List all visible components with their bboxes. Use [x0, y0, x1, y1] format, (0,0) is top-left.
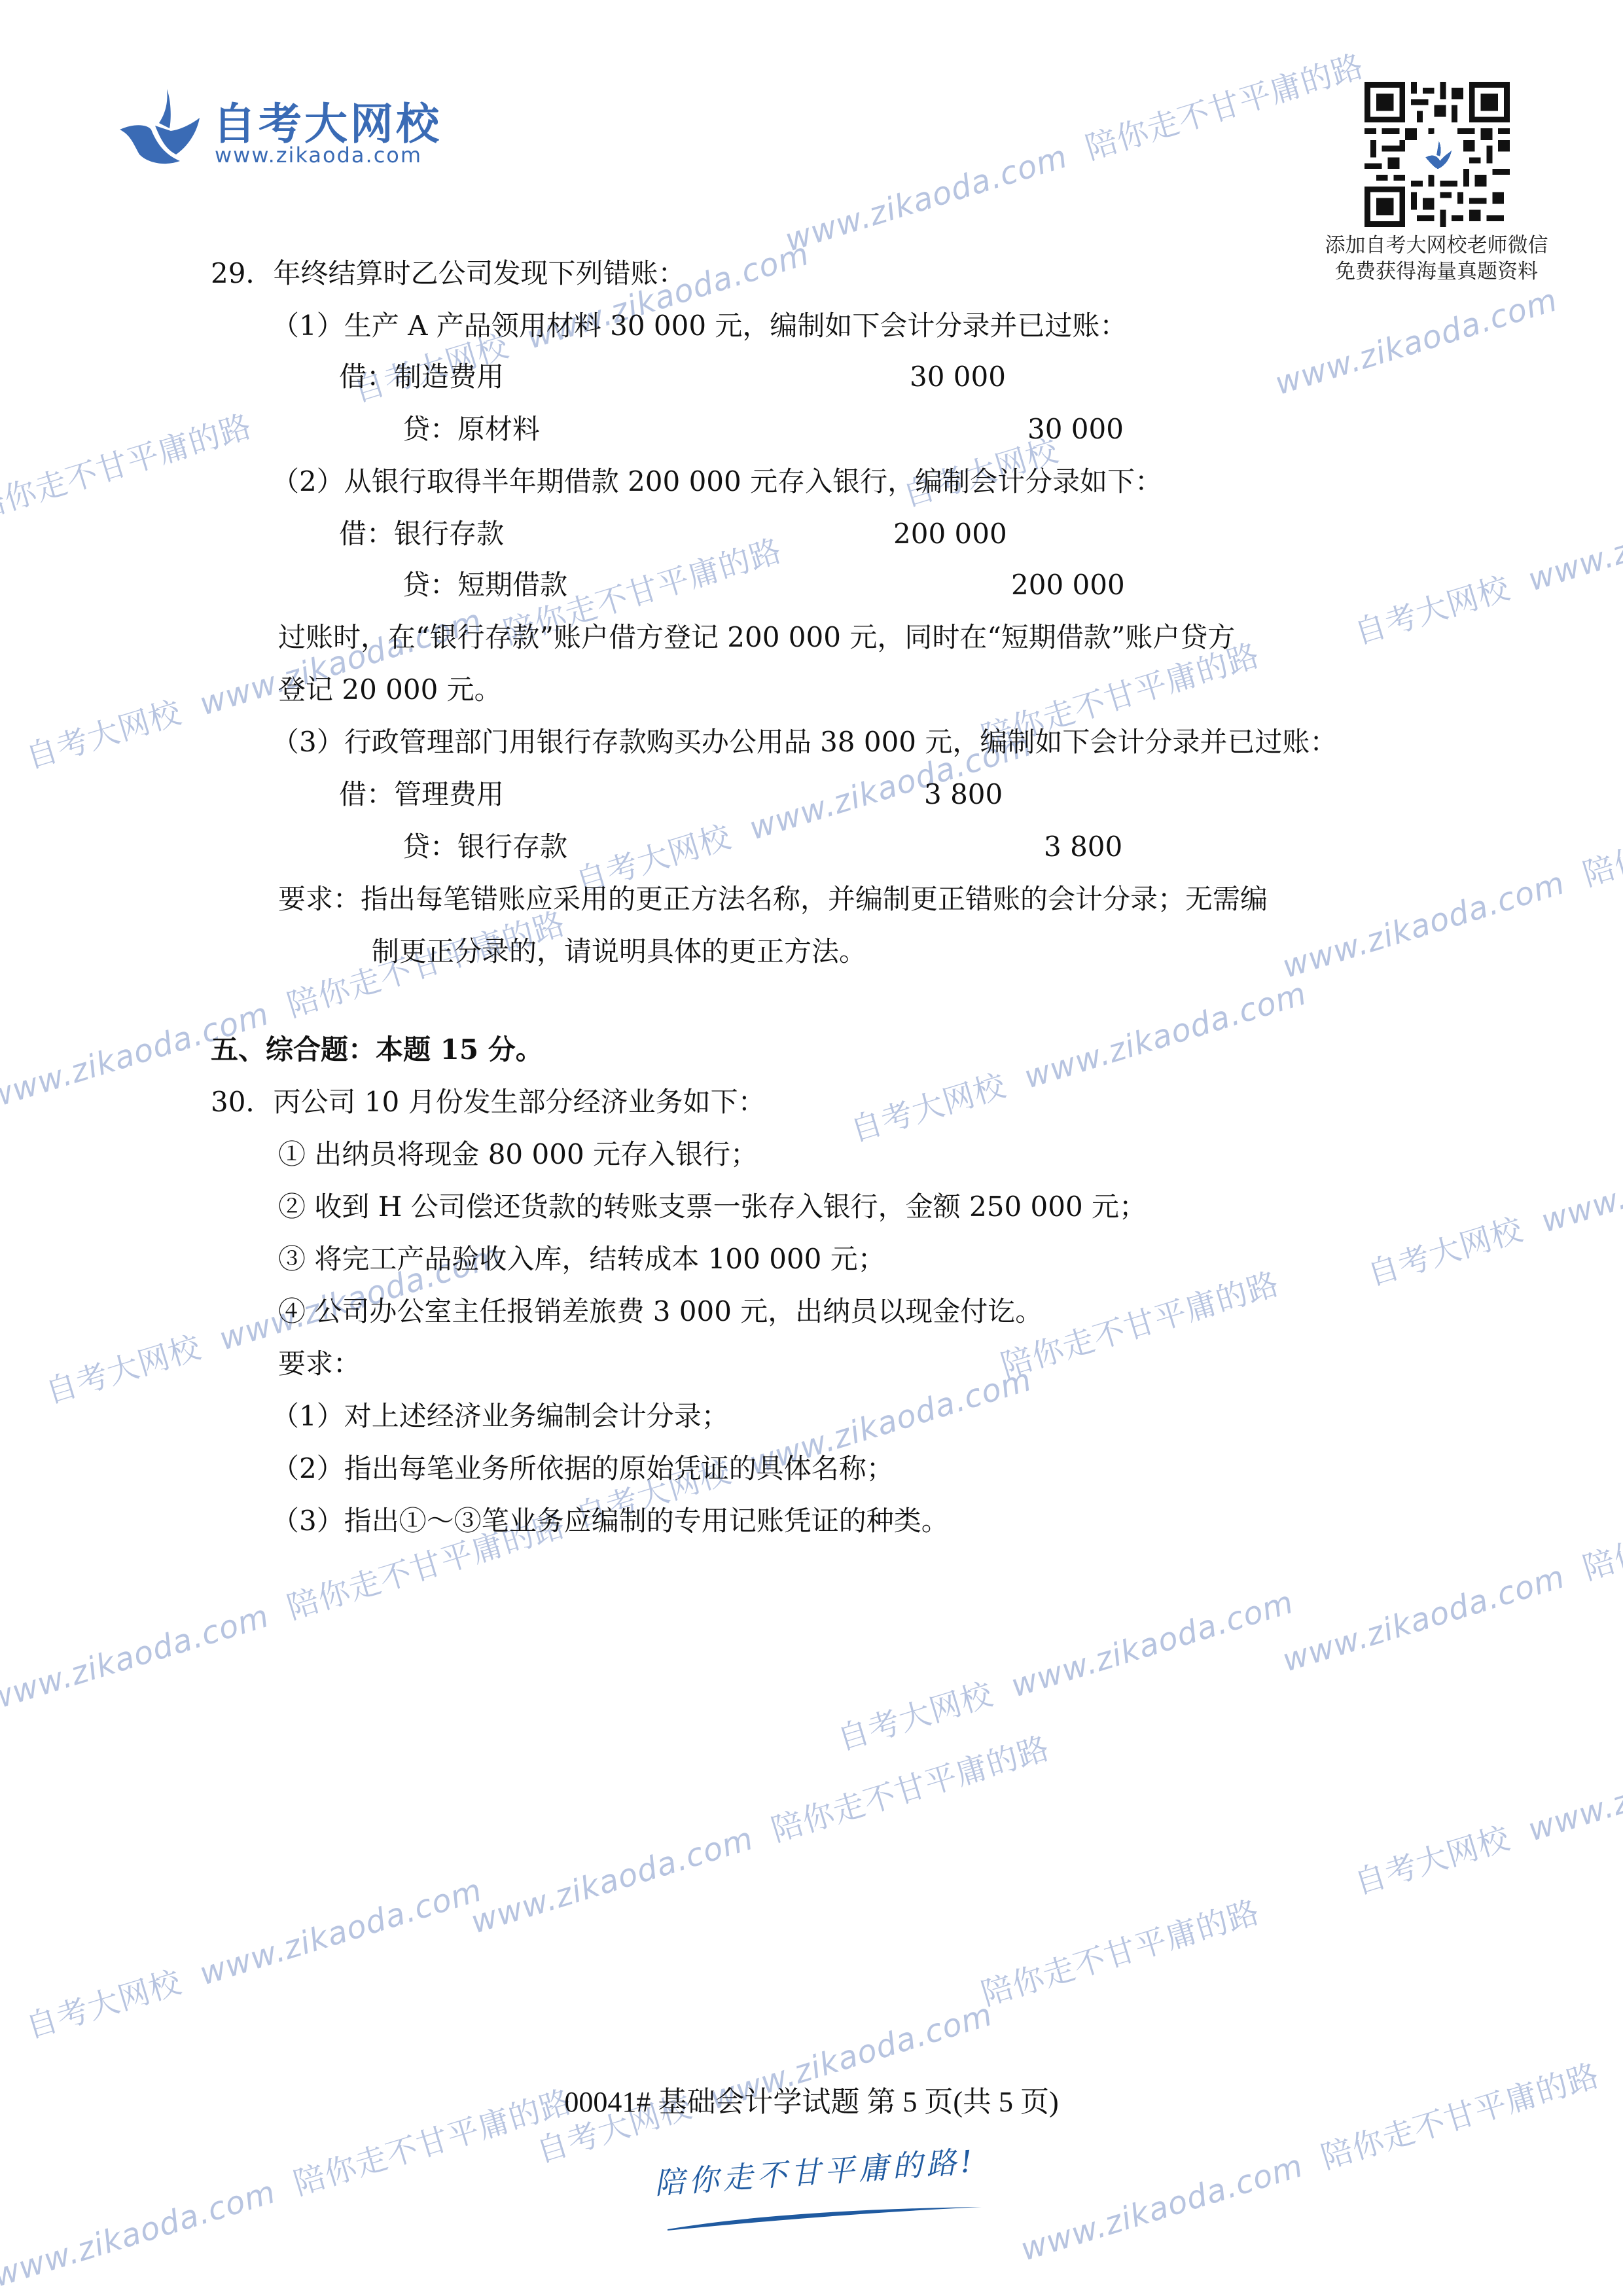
brand-slogan: 陪你走不甘平庸的路!	[653, 2138, 978, 2203]
watermark: 自考大网校 www.zikaoda.com	[1348, 1721, 1623, 1903]
q29-item-2-credit: 贷：短期借款	[402, 568, 567, 602]
q29-requirement-line1: 要求：指出每笔错账应采用的更正方法名称，并编制更正错账的会计分录；无需编	[278, 882, 1268, 916]
q30-requirement-1: （1）对上述经济业务编制会计分录；	[272, 1399, 729, 1433]
q29-requirement-line2: 制更正分录的，请说明具体的更正方法。	[372, 935, 866, 969]
q29-item-3-debit-amount: 3 800	[924, 778, 1003, 812]
watermark: 自考大网校 www.zikaoda.com	[1361, 1112, 1623, 1294]
q29-item-2-note-line1: 过账时，在“银行存款”账户借方登记 200 000 元，同时在“短期借款”账户贷…	[278, 620, 1235, 655]
logo-title: 自考大网校	[213, 89, 442, 151]
q29-item-1-credit-amount: 30 000	[1027, 412, 1124, 446]
brand-logo: 自考大网校 www.zikaoda.com	[108, 77, 474, 175]
q29-item-1: （1）生产 A 产品领用材料 30 000 元，编制如下会计分录并已过账：	[272, 309, 1127, 343]
q29-item-2-debit: 借：银行存款	[339, 517, 504, 551]
exam-page: www.zikaoda.com 陪你走不甘平庸的路 自考大网校 www.zika…	[0, 0, 1623, 2296]
q30-requirement-3: （3）指出①～③笔业务应编制的专用记账凭证的种类。	[272, 1504, 949, 1538]
watermark: www.zikaoda.com	[1271, 281, 1562, 402]
q29-item-1-credit: 贷：原材料	[402, 412, 540, 446]
q29-item-1-debit: 借：制造费用	[339, 360, 504, 394]
watermark: 自考大网校 www.zikaoda.com	[20, 1865, 487, 2047]
watermark-layer: www.zikaoda.com 陪你走不甘平庸的路 自考大网校 www.zika…	[0, 0, 1623, 2296]
page-footer: 00041# 基础会计学试题 第 5 页(共 5 页)	[0, 2078, 1623, 2120]
logo-url: www.zikaoda.com	[215, 143, 422, 168]
watermark: 自考大网校 www.zikaoda.com	[831, 1577, 1298, 1759]
q29-item-1-debit-amount: 30 000	[910, 360, 1006, 394]
q30-requirement-2: （2）指出每笔业务所依据的原始凭证的具体名称；	[272, 1452, 894, 1486]
q29-item-2-credit-amount: 200 000	[1011, 568, 1125, 602]
bird-logo-icon	[108, 77, 206, 175]
question-30-title: 30．丙公司 10 月份发生部分经济业务如下：	[211, 1085, 766, 1119]
q30-transaction-1: ① 出纳员将现金 80 000 元存入银行；	[278, 1138, 758, 1172]
watermark: 陪你走不甘平庸的路	[975, 1887, 1264, 2015]
watermark: 陪你走不甘平庸的路	[0, 401, 257, 529]
q30-transaction-4: ④ 公司办公室主任报销差旅费 3 000 元，出纳员以现金付讫。	[278, 1295, 1043, 1329]
q29-item-3-credit-amount: 3 800	[1044, 830, 1122, 864]
q30-transaction-2: ② 收到 H 公司偿还货款的转账支票一张存入银行，金额 250 000 元；	[278, 1190, 1147, 1224]
watermark: www.zikaoda.com 陪你走不甘平庸的路	[1276, 767, 1623, 986]
q29-item-2-debit-amount: 200 000	[893, 517, 1007, 551]
watermark: 自考大网校 www.zikaoda.com	[844, 968, 1311, 1150]
q29-item-3-debit: 借：管理费用	[339, 778, 504, 812]
qr-caption: 添加自考大网校老师微信 免费获得海量真题资料	[1306, 232, 1567, 285]
watermark: www.zikaoda.com 陪你走不甘平庸的路	[465, 1723, 1054, 1942]
q29-item-2-note-line2: 登记 20 000 元。	[278, 673, 502, 707]
q29-item-3-credit: 贷：银行存款	[402, 830, 567, 864]
question-29-title: 29．年终结算时乙公司发现下列错账：	[211, 257, 685, 291]
q30-requirement-heading: 要求：	[278, 1347, 361, 1381]
slogan-underline-icon	[654, 2206, 995, 2232]
q29-item-3: （3）行政管理部门用银行存款购买办公用品 38 000 元，编制如下会计分录并已…	[272, 725, 1337, 759]
watermark: 自考大网校 www.zikaoda.com	[1348, 471, 1623, 653]
watermark: www.zikaoda.com 陪你走不甘平庸的路	[779, 41, 1368, 260]
q29-item-2: （2）从银行取得半年期借款 200 000 元存入银行，编制会计分录如下：	[272, 465, 1162, 499]
section-5-heading: 五、综合题：本题 15 分。	[211, 1033, 543, 1067]
wechat-qr-code-icon	[1364, 82, 1510, 227]
watermark: www.zikaoda.com 陪你走不甘平庸的路	[1276, 1461, 1623, 1680]
q30-transaction-3: ③ 将完工产品验收入库，结转成本 100 000 元；	[278, 1242, 885, 1276]
